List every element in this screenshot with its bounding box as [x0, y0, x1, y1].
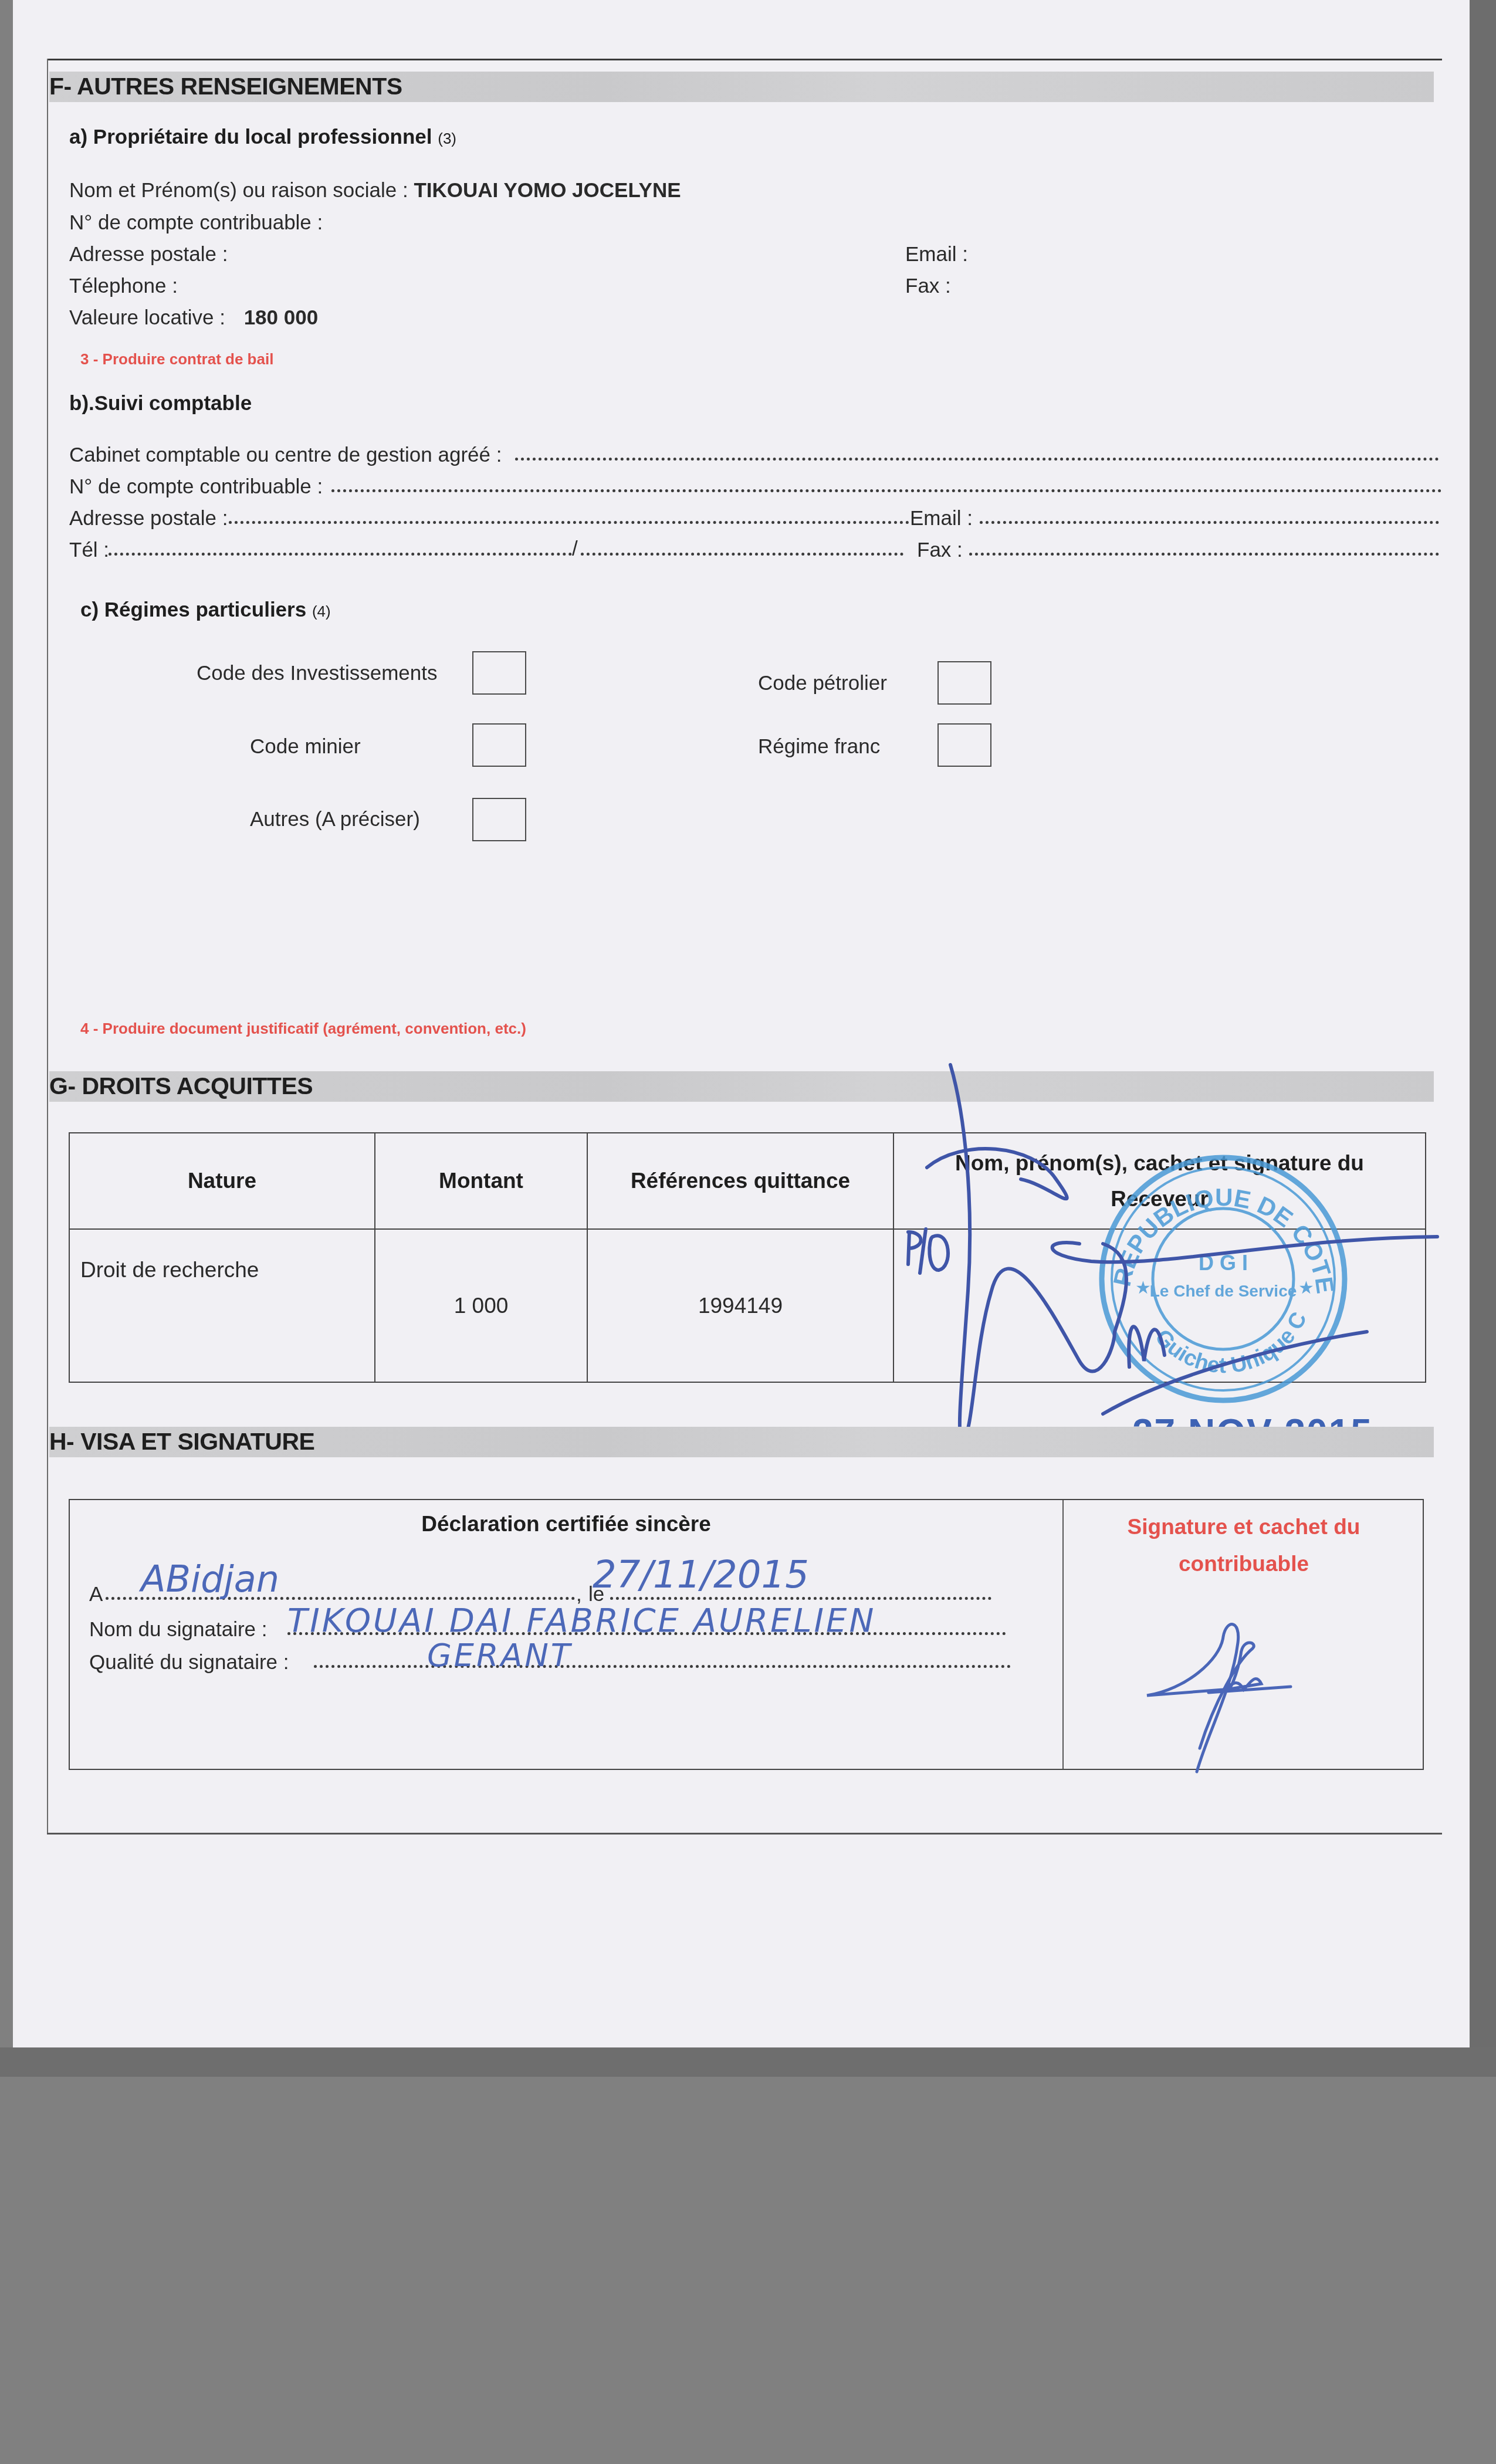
taxpayer-signature: [1147, 1624, 1291, 1772]
taxpayer-signature-overlay: [0, 0, 1496, 2464]
